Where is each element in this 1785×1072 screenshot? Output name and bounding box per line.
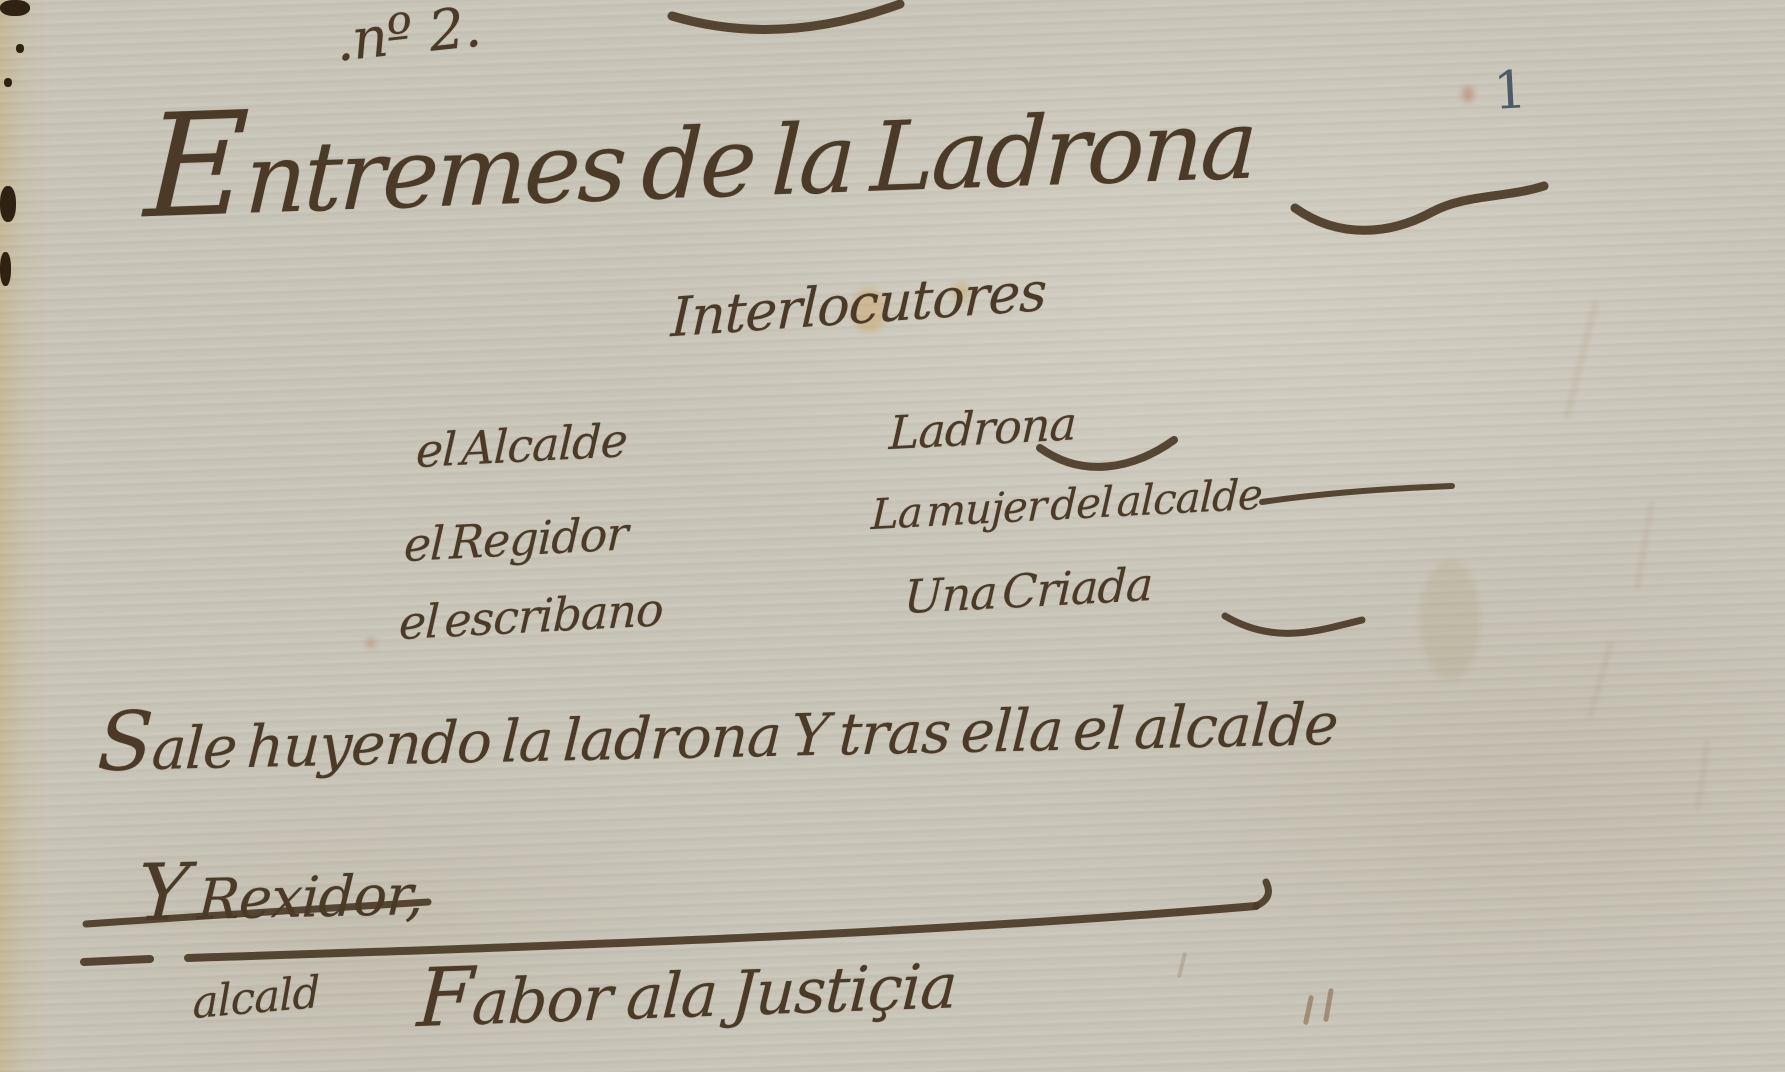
folio-number-annotation: .nº 2.	[332, 0, 483, 75]
page-number: 1	[1492, 60, 1527, 122]
cast-item: Ladrona	[888, 396, 1077, 460]
criada-flourish	[1225, 616, 1362, 633]
cast-item: Una Criada	[903, 557, 1153, 624]
ink-smudge	[1323, 988, 1334, 1022]
ghost-writing-mark	[1564, 301, 1599, 419]
manuscript-page: .nº 2. 1 Entremes de la Ladrona Interloc…	[0, 0, 1785, 1072]
ink-speck	[0, 0, 30, 16]
ink-speck	[0, 186, 16, 222]
title-flourish	[1295, 186, 1544, 230]
cast-item: el escribano	[398, 582, 664, 650]
ink-speck	[16, 44, 24, 53]
paper-stain	[1420, 560, 1480, 680]
ink-speck	[4, 78, 12, 87]
speaker-label: alcald	[192, 967, 320, 1029]
top-edge-flourish	[672, 4, 900, 29]
ink-speck	[0, 252, 11, 286]
cast-item: La mujer del alcalde	[870, 470, 1262, 540]
ghost-writing-mark	[1634, 500, 1655, 590]
scene-divider-rule-left	[84, 959, 150, 962]
paper-stain	[366, 638, 376, 648]
ghost-writing-mark	[1695, 740, 1710, 810]
dialogue-line: Fabor ala Justiçia	[415, 933, 959, 1046]
ghost-writing-mark	[1587, 641, 1614, 719]
cast-item: el Regidor	[403, 506, 628, 572]
ink-smudge	[1303, 995, 1314, 1025]
cast-item: el Alcalde	[415, 413, 628, 478]
ink-smudge	[1177, 952, 1187, 978]
scene-divider-rule-hook	[1256, 882, 1268, 906]
mujer-trailing-dash	[1262, 486, 1452, 502]
stage-direction-line2: Y Rexidor,	[136, 842, 426, 939]
manuscript-title: Entremes de la Ladrona	[142, 45, 1258, 250]
cast-heading: Interlocutores	[670, 260, 1047, 350]
paper-stain	[1462, 86, 1474, 102]
stage-direction-line1: Sale huyendo la ladrona Y tras ella el a…	[95, 670, 1340, 790]
